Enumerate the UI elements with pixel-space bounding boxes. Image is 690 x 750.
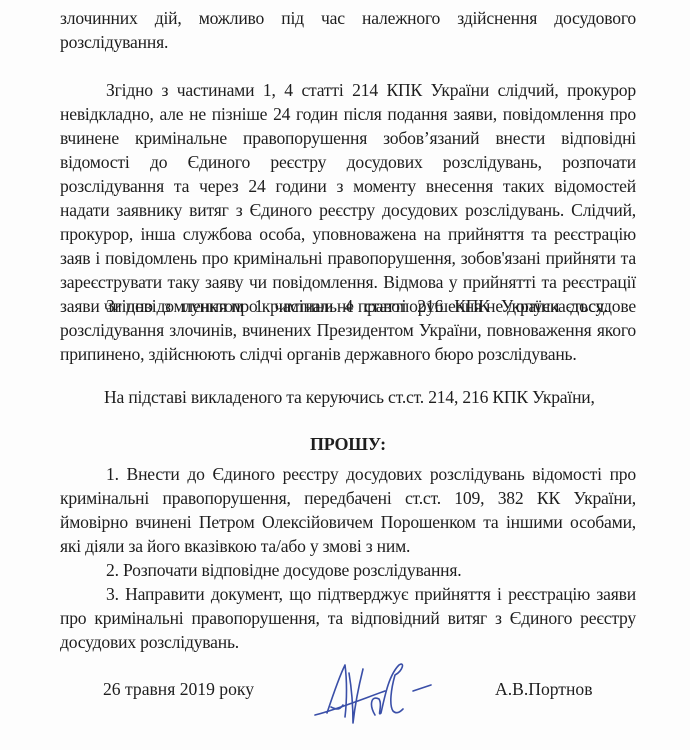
signatory-name: А.В.Портнов xyxy=(495,679,593,700)
paragraph-intro: злочинних дій, можливо під час належного… xyxy=(60,6,636,54)
request-item-1: 1. Внести до Єдиного реєстру досудових р… xyxy=(60,462,636,558)
paragraph-article-216: Згідно з пунктом 1 частини 4 статті 216 … xyxy=(60,294,636,366)
signature-row: 26 травня 2019 року А.В.Портнов xyxy=(0,675,690,735)
request-item-3: 3. Направити документ, що підтверджує пр… xyxy=(60,582,636,654)
date: 26 травня 2019 року xyxy=(103,679,254,700)
heading-request: ПРОШУ: xyxy=(60,432,636,456)
paragraph-article-214: Згідно з частинами 1, 4 статті 214 КПК У… xyxy=(60,78,636,318)
request-item-2: 2. Розпочати відповідне досудове розслід… xyxy=(60,558,636,582)
signature-icon xyxy=(305,655,445,727)
paragraph-basis: На підставі викладеного та керуючись ст.… xyxy=(104,385,644,409)
document-page: злочинних дій, можливо під час належного… xyxy=(0,0,690,750)
